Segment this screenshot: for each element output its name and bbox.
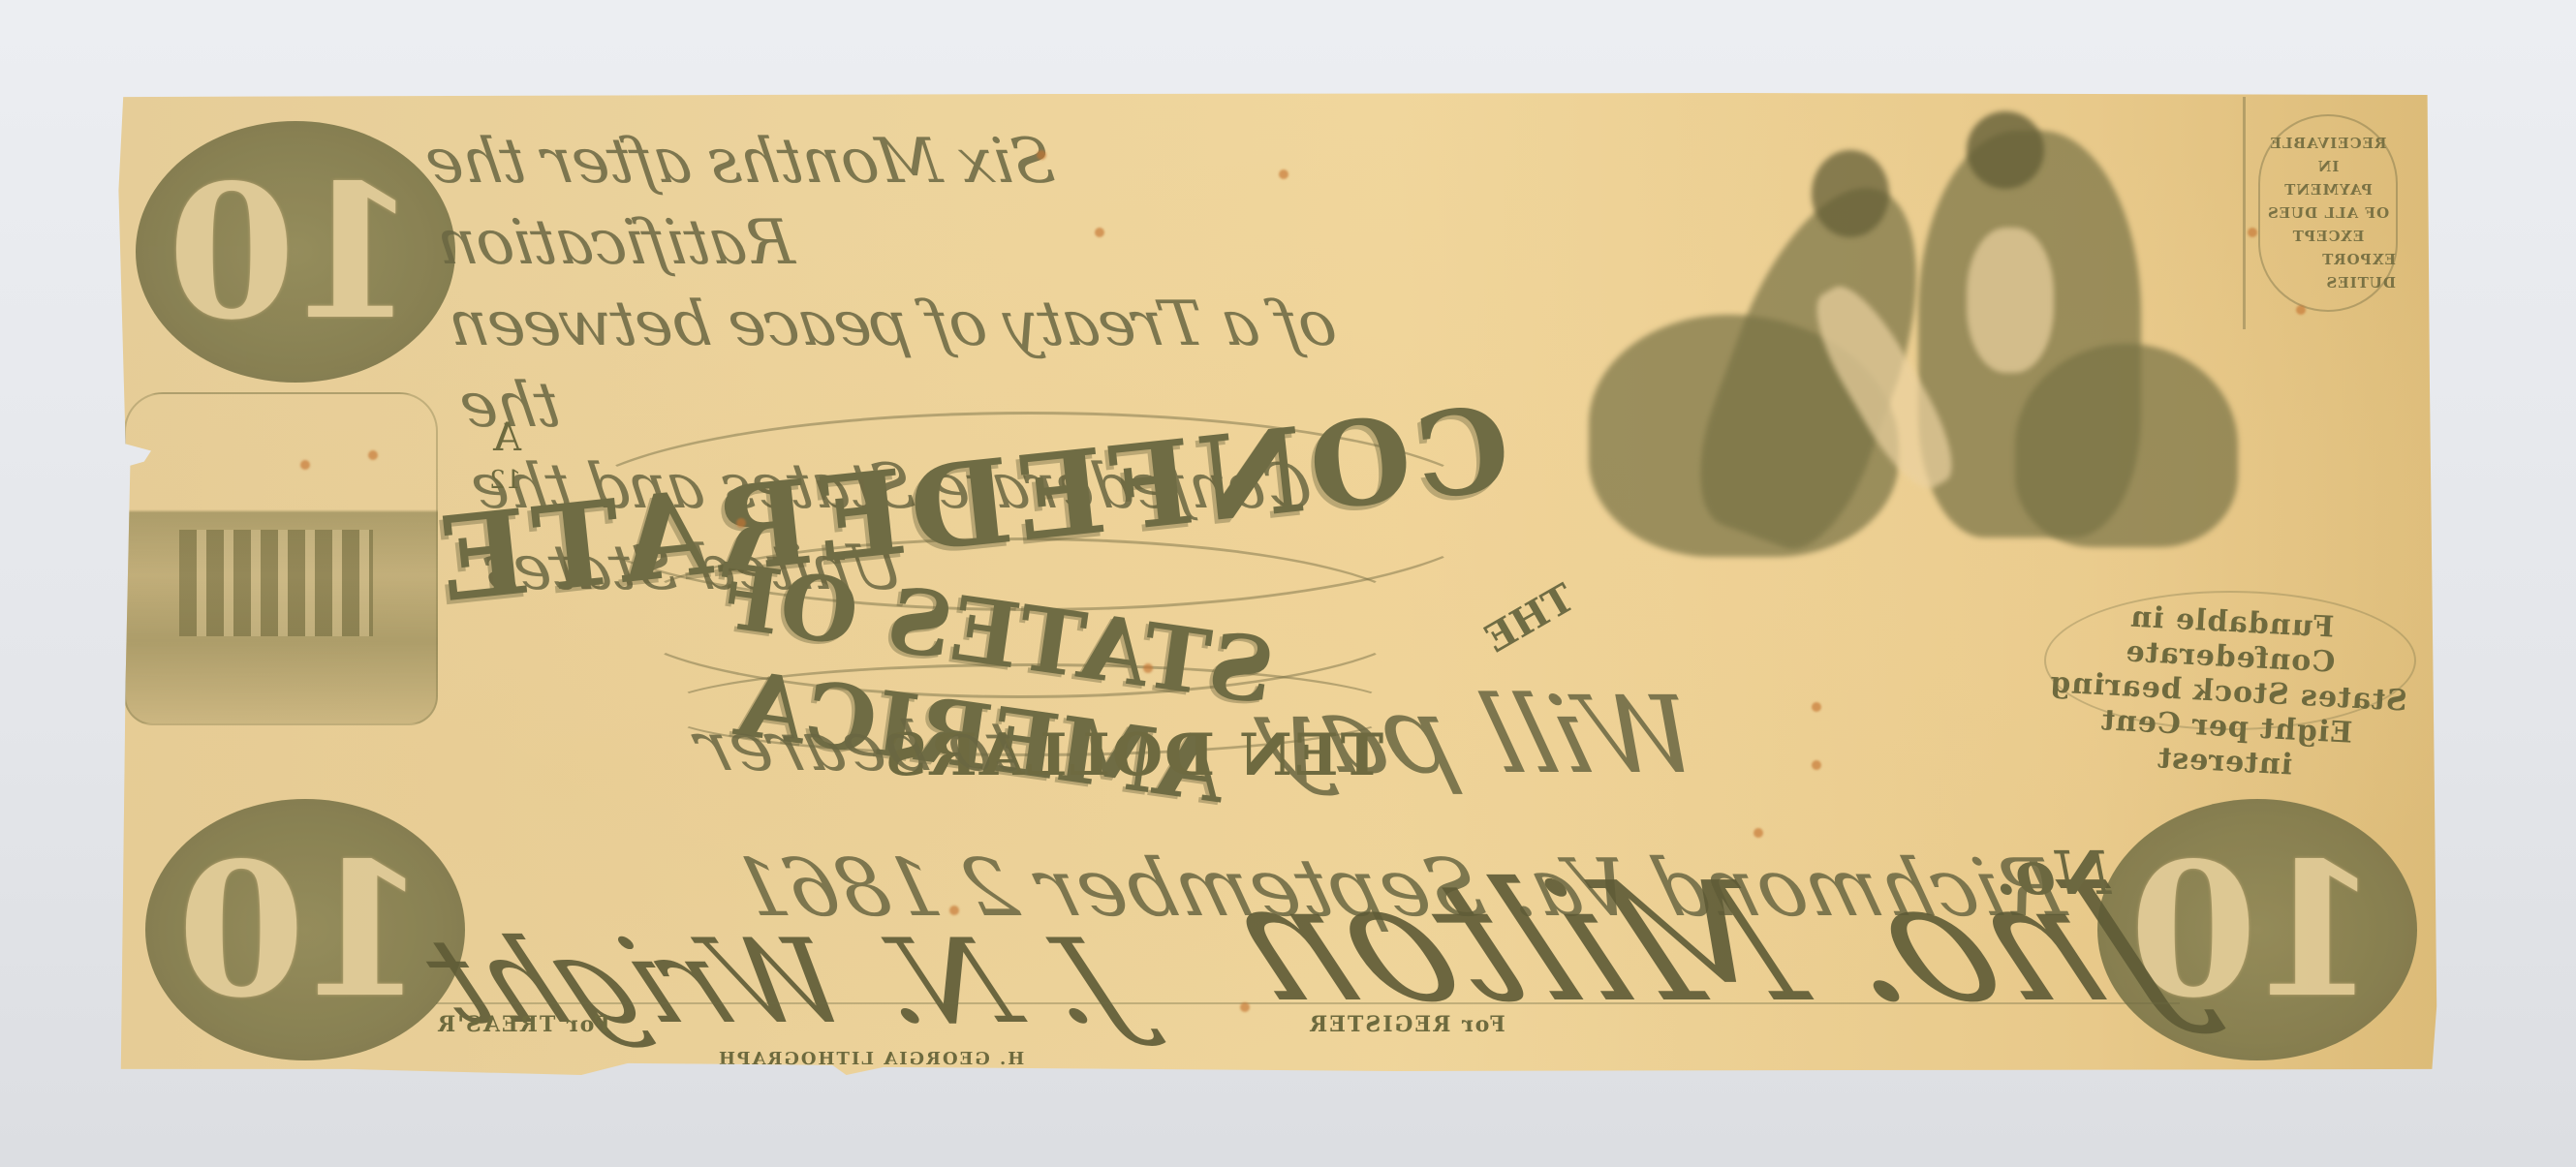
footer-treasurer-label: For TREAS'R — [436, 1012, 610, 1037]
obligation-line: Six Months after the Ratification — [421, 121, 1433, 284]
stamp-line: OF ALL DUES — [2267, 201, 2389, 225]
denomination-numeral: 10 — [183, 822, 427, 1038]
right-vignette-allegorical-figures — [1550, 111, 2248, 576]
footer-register-label: For REGISTER — [1308, 1012, 1505, 1037]
foxing-spot — [2296, 305, 2306, 315]
stamp-line: RECEIVABLE — [2269, 132, 2386, 155]
foxing-spot — [1037, 150, 1046, 160]
title-the: THE — [1477, 575, 1582, 662]
foxing-spot — [2248, 228, 2257, 237]
left-vignette-building — [124, 392, 438, 725]
foxing-spot — [1143, 663, 1153, 673]
figure-head — [1967, 111, 2044, 189]
banknote: 10 10 10 Six Months after the Ratificati… — [116, 92, 2441, 1075]
foxing-spot — [1812, 702, 1821, 712]
foxing-spot — [1095, 228, 1104, 237]
printer-imprint: H. GEORGIA LITHOGRAPH — [717, 1049, 1024, 1069]
foxing-spot — [1754, 828, 1763, 838]
stamp-oval: RECEIVABLE IN PAYMENT OF ALL DUES EXCEPT… — [2258, 114, 2398, 312]
foxing-spot — [368, 450, 378, 460]
receivable-stamp: RECEIVABLE IN PAYMENT OF ALL DUES EXCEPT… — [2243, 97, 2410, 329]
foxing-spot — [1812, 760, 1821, 770]
stamp-line: PAYMENT — [2283, 178, 2373, 201]
stamp-line: EXCEPT — [2292, 225, 2365, 248]
building-engraving — [179, 530, 373, 636]
serial-number-mark: No. — [1996, 838, 2111, 908]
denomination-numeral: 10 — [173, 144, 418, 360]
signature-rule — [436, 1002, 2180, 1004]
denomination-oval-top-left: 10 — [136, 121, 455, 383]
foxing-spot — [300, 460, 310, 470]
vignette-shape — [2015, 344, 2238, 547]
foxing-spot — [1240, 1002, 1250, 1012]
foxing-spot — [949, 906, 959, 915]
vignette-highlight — [1967, 228, 2054, 373]
stamp-line: EXPORT DUTIES — [2260, 248, 2396, 294]
foxing-spot — [736, 518, 746, 528]
stamp-line: IN — [2317, 155, 2340, 178]
foxing-spot — [1279, 169, 1288, 179]
figure-head — [1812, 150, 1889, 237]
fundable-clause: Fundable in Confederate States Stock bea… — [2040, 596, 2417, 789]
to-bearer-text: to bearer — [687, 707, 1027, 786]
